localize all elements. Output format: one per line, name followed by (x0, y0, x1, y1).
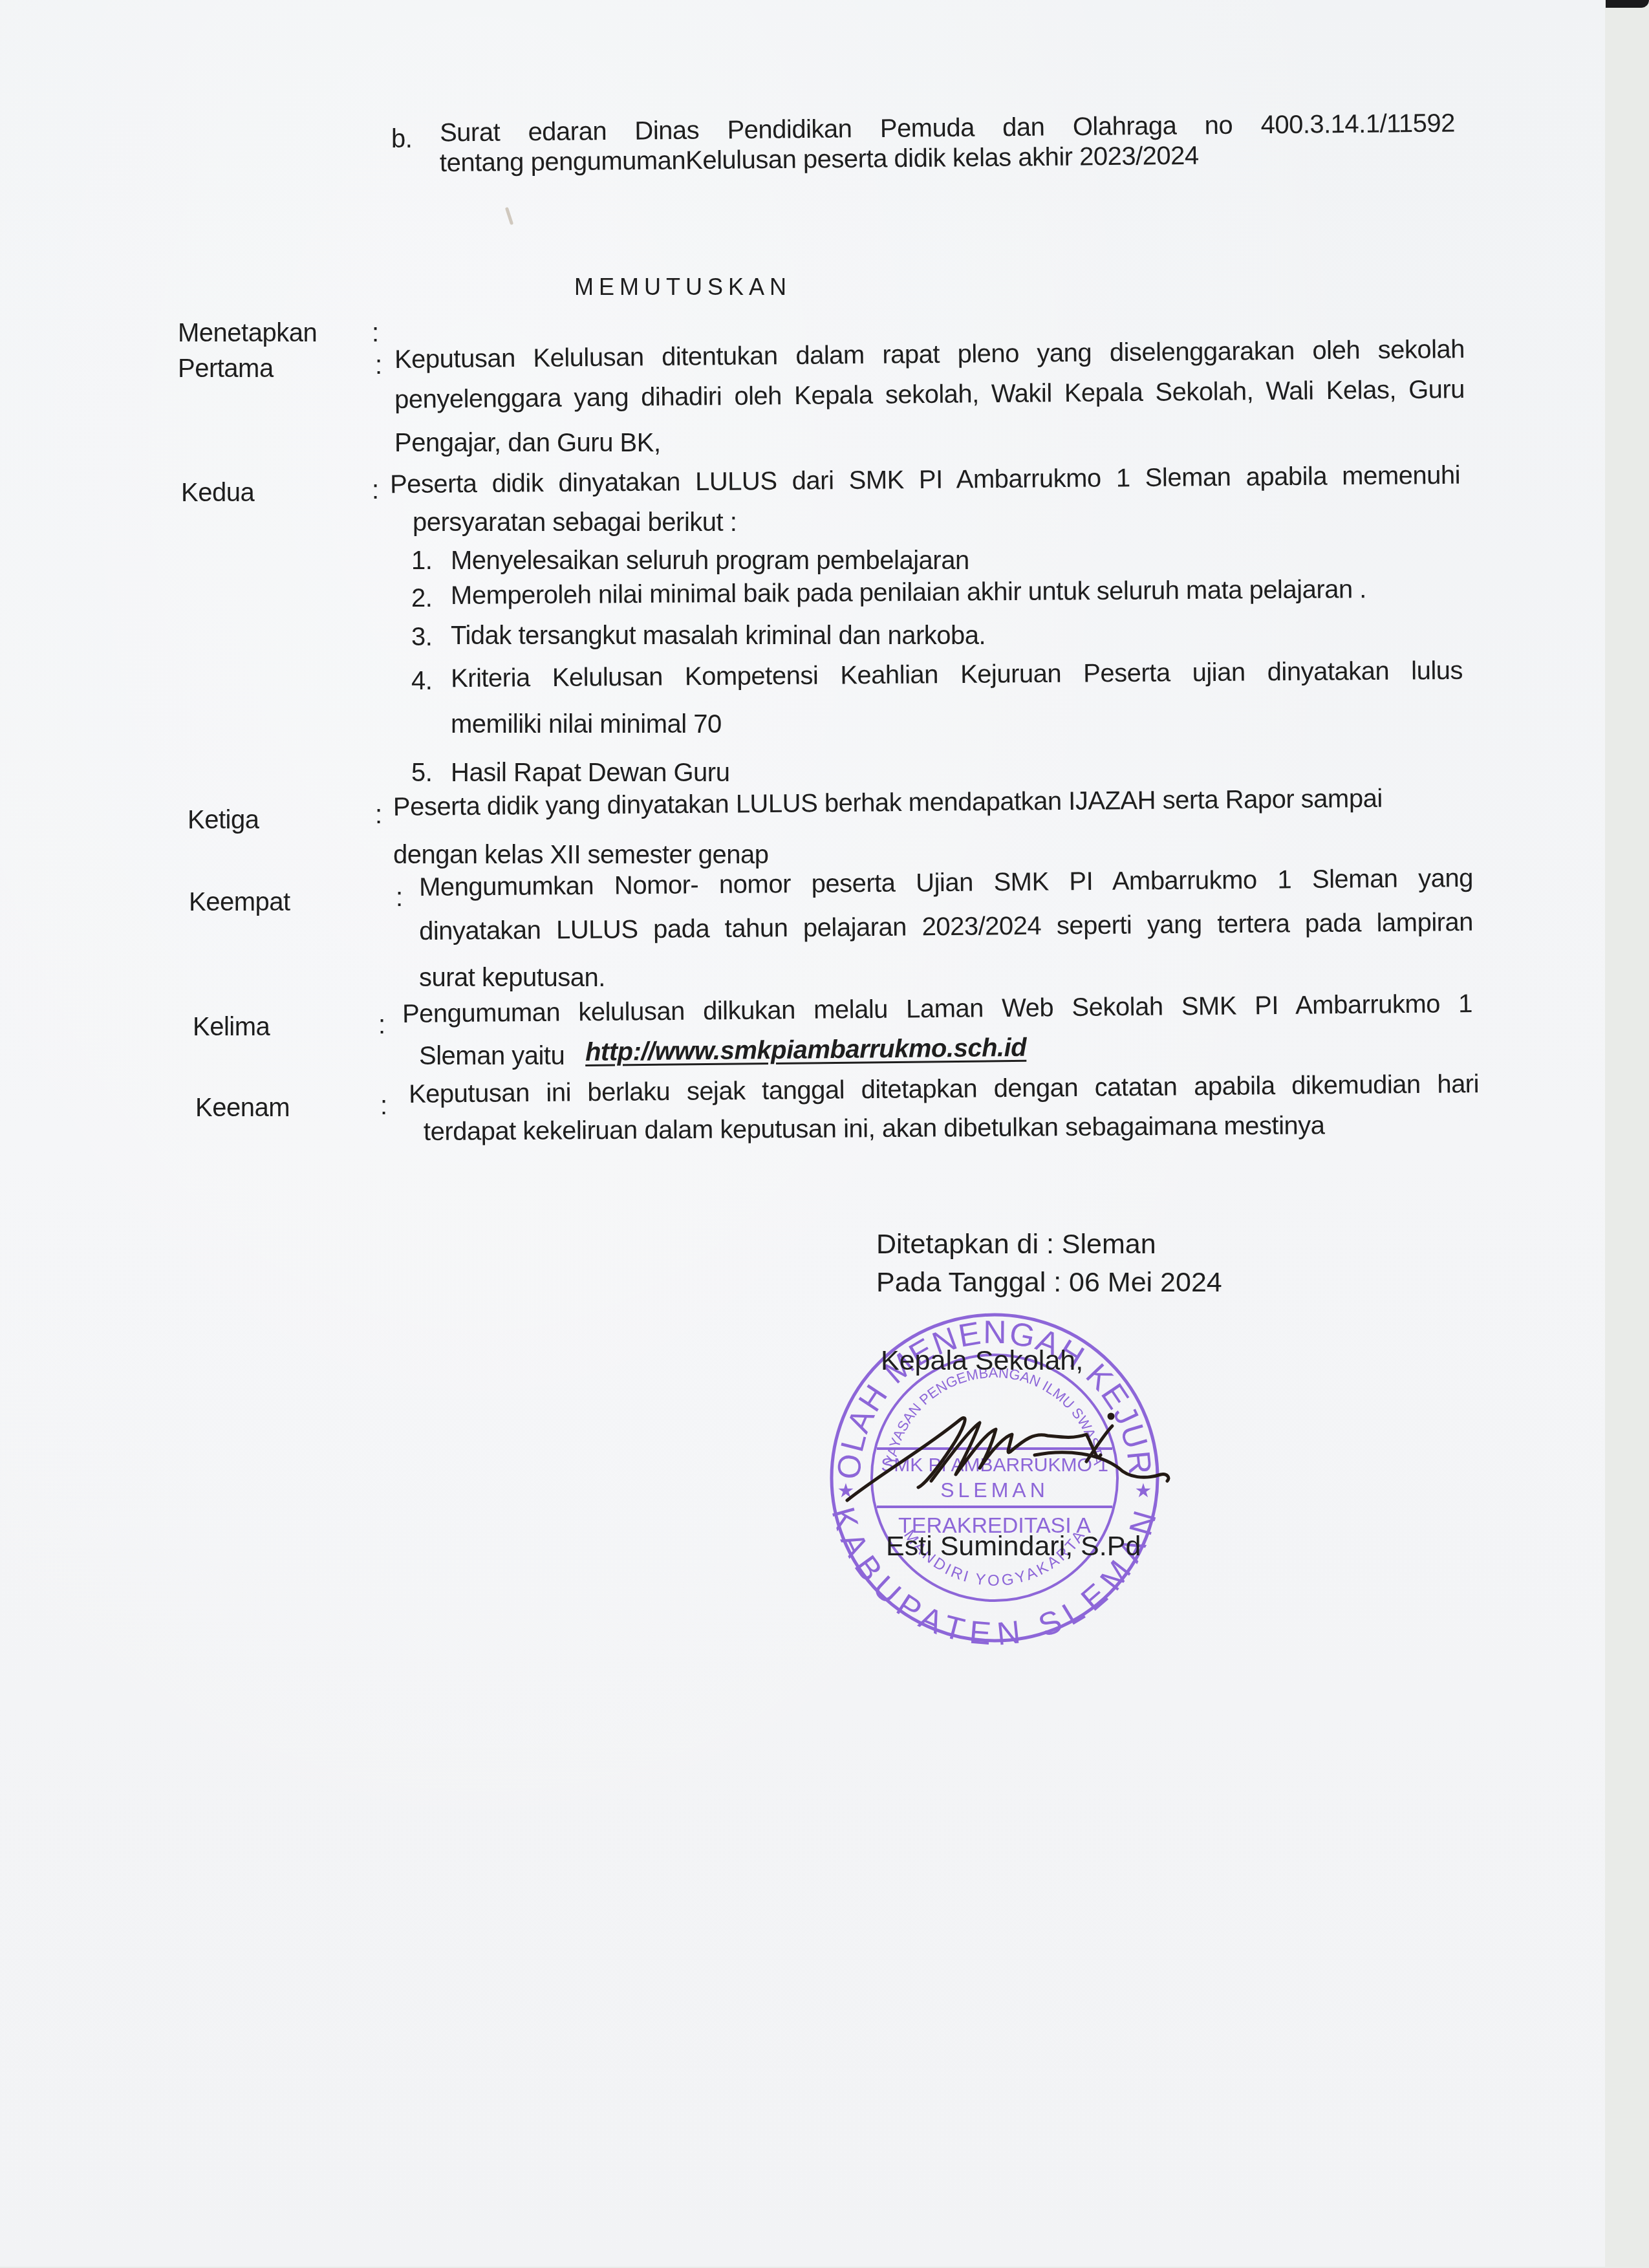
decision-heading: MEMUTUSKAN (574, 275, 792, 299)
requirement-text: Hasil Rapat Dewan Guru (451, 760, 729, 786)
menetapkan-label: Menetapkan (178, 320, 317, 346)
item-colon: : (372, 477, 379, 503)
requirement-number: 4. (411, 668, 432, 694)
requirement-number: 2. (411, 585, 432, 611)
requirement-text: memiliki nilai minimal 70 (451, 711, 722, 737)
menetapkan-colon: : (372, 320, 379, 346)
item-line: Pengajar, dan Guru BK, (394, 430, 661, 456)
item-line: Peserta didik yang dinyatakan LULUS berh… (393, 786, 1383, 820)
item-line: surat keputusan. (419, 965, 605, 991)
requirement-text: Menyelesaikan seluruh program pembelajar… (451, 548, 969, 574)
place-of-issue: Ditetapkan di : Sleman (876, 1231, 1156, 1258)
item-label: Keenam (195, 1095, 290, 1121)
scanner-bed-edge (1605, 0, 1649, 2268)
requirement-number: 1. (411, 548, 432, 574)
item-label: Ketiga (188, 807, 259, 833)
item-label: Kelima (193, 1014, 270, 1040)
requirement-number: 5. (411, 760, 432, 786)
requirement-text: Tidak tersangkut masalah kriminal dan na… (451, 623, 986, 649)
consideration-b-line1: Surat edaran Dinas Pendidikan Pemuda dan… (440, 110, 1455, 146)
date-of-issue: Pada Tanggal : 06 Mei 2024 (876, 1269, 1222, 1297)
requirement-text: Memperoleh nilai minimal baik pada penil… (451, 576, 1366, 609)
item-colon: : (396, 885, 403, 911)
item-line: Pengumuman kelulusan dilkukan melalu Lam… (402, 991, 1472, 1027)
item-line: terdapat kekeliruan dalam keputusan ini,… (424, 1112, 1325, 1145)
item-label: Kedua (181, 480, 254, 506)
signatory-name: Esti Sumindari, S.Pd (886, 1533, 1141, 1561)
item-line: penyelenggara yang dihadiri oleh Kepala … (394, 376, 1465, 413)
item-line: Mengumumkan Nomor- nomor peserta Ujian S… (419, 865, 1473, 900)
item-line: Keputusan ini berlaku sejak tanggal dite… (409, 1071, 1479, 1107)
item-line: Keputusan Kelulusan ditentukan dalam rap… (394, 336, 1465, 373)
item-line: dengan kelas XII semester genap (393, 842, 768, 868)
item-colon: : (380, 1093, 387, 1119)
item-colon: : (378, 1012, 385, 1038)
item-label: Pertama (178, 356, 274, 382)
item-line: persyaratan sebagai berikut : (413, 510, 737, 535)
signatory-title: Kepala Sekolah, (881, 1347, 1083, 1375)
requirement-number: 3. (411, 624, 432, 650)
consideration-b-line2: tentang pengumumanKelulusan peserta didi… (440, 143, 1199, 176)
paper-speck (505, 207, 513, 225)
item-line: Peserta didik dinyatakan LULUS dari SMK … (390, 462, 1460, 497)
handwritten-signature (841, 1403, 1177, 1507)
item-line: dinyatakan LULUS pada tahun pelajaran 20… (419, 909, 1473, 944)
item-colon: : (375, 352, 382, 378)
consideration-b-marker: b. (391, 126, 412, 152)
requirement-text: Kriteria Kelulusan Kompetensi Keahlian K… (451, 658, 1463, 691)
scanned-page: b. Surat edaran Dinas Pendidikan Pemuda … (0, 0, 1607, 2267)
scanner-lid-corner (1606, 0, 1649, 8)
item-label: Keempat (189, 889, 290, 915)
school-website-link[interactable]: http://www.smkpiambarrukmo.sch.id (585, 1035, 1027, 1065)
item-line: Sleman yaitu (419, 1043, 565, 1069)
item-colon: : (375, 802, 382, 828)
